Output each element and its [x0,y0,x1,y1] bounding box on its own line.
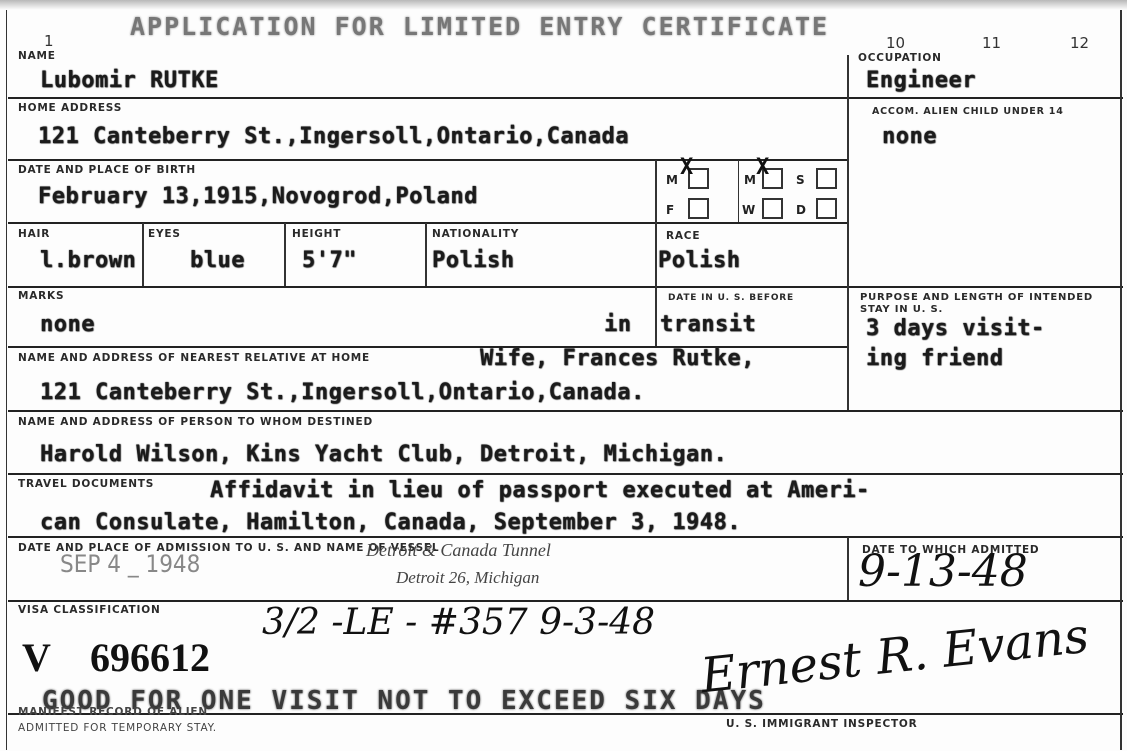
nearest-relative-line2: 121 Canteberry St.,Ingersoll,Ontario,Can… [40,380,645,405]
rule [8,286,1123,288]
marks-value: none [40,312,95,337]
name-label: NAME [18,50,56,62]
hair-value: l.brown [40,248,136,273]
rule [6,10,7,750]
eyes-value: blue [190,248,245,273]
rule [142,223,144,286]
destined-label: NAME AND ADDRESS OF PERSON TO WHOM DESTI… [18,416,373,428]
rule [284,223,286,286]
marks-label: MARKS [18,290,64,302]
marital-x-mark: X [756,155,769,180]
inspector-label: U. S. IMMIGRANT INSPECTOR [726,718,918,730]
purpose-label: PURPOSE AND LENGTH OF INTENDED STAY IN U… [860,292,1110,316]
eyes-label: EYES [148,228,181,240]
column-number: 11 [982,34,1001,52]
rule [8,410,1123,412]
occupation-label: OCCUPATION [858,52,942,64]
nearest-relative-label: NAME AND ADDRESS OF NEAREST RELATIVE AT … [18,352,370,364]
rule [8,97,1123,99]
date-admitted-to-value: 9-13-48 [858,546,1028,597]
race-label: RACE [666,230,700,242]
accom-child-value: none [882,124,937,149]
height-label: HEIGHT [292,228,341,240]
travel-documents-line1: Affidavit in lieu of passport executed a… [210,478,870,503]
name-value: Lubomir RUTKE [40,68,219,93]
marital-d-label: D [796,203,806,217]
visa-prefix: V [22,634,51,681]
nearest-relative-line1: Wife, Frances Rutke, [480,346,755,371]
admission-place-line2: Detroit 26, Michigan [396,568,539,588]
marital-d-checkbox[interactable] [816,198,837,219]
sex-x-mark: X [680,155,693,180]
date-in-us-value: transit [660,312,756,337]
rule [655,160,657,346]
sex-f-checkbox[interactable] [688,198,709,219]
marital-s-checkbox[interactable] [816,168,837,189]
marital-w-label: W [742,203,755,217]
marital-m-label: M [744,173,756,187]
home-address-label: HOME ADDRESS [18,102,122,114]
admission-place-line1: Detroit & Canada Tunnel [366,540,551,561]
marital-w-checkbox[interactable] [762,198,783,219]
purpose-line1: 3 days visit- [866,316,1045,341]
birth-value: February 13,1915,Novogrod,Poland [38,184,478,209]
rule [8,536,1123,538]
column-number: 12 [1070,34,1089,52]
rule [8,159,848,161]
date-in-us-prefix: in [604,312,632,337]
sex-m-label: M [666,173,678,187]
rule [847,537,849,600]
race-value: Polish [658,248,740,273]
nationality-label: NATIONALITY [432,228,519,240]
rule [1120,10,1122,750]
rule [425,223,427,286]
rule [738,160,739,222]
column-number: 1 [44,32,54,50]
destined-value: Harold Wilson, Kins Yacht Club, Detroit,… [40,442,727,467]
column-number: 10 [886,34,905,52]
birth-label: DATE AND PLACE OF BIRTH [18,164,196,176]
visa-number: 696612 [90,634,210,681]
visa-label: VISA CLASSIFICATION [18,604,161,616]
visa-handwritten: 3/2 -LE - #357 9-3-48 [262,602,655,643]
inspector-signature: Ernest R. Evans [698,608,1091,704]
date-in-us-label: DATE IN U. S. BEFORE [668,293,794,303]
travel-documents-label: TRAVEL DOCUMENTS [18,478,154,490]
marital-s-label: S [796,173,805,187]
rule [847,55,849,410]
purpose-line2: ing friend [866,346,1003,371]
entry-certificate-card: APPLICATION FOR LIMITED ENTRY CERTIFICAT… [0,0,1127,751]
accom-child-label: ACCOM. ALIEN CHILD UNDER 14 [872,106,1064,117]
nationality-value: Polish [432,248,514,273]
occupation-value: Engineer [866,68,976,93]
home-address-value: 121 Canteberry St.,Ingersoll,Ontario,Can… [38,124,629,149]
height-value: 5'7" [302,248,357,273]
admission-date-stamp: SEP 4 _ 1948 [60,550,200,578]
travel-documents-line2: can Consulate, Hamilton, Canada, Septemb… [40,510,741,535]
sex-f-label: F [666,203,674,217]
rule [8,222,848,224]
hair-label: HAIR [18,228,50,240]
rule [8,473,1123,475]
document-title: APPLICATION FOR LIMITED ENTRY CERTIFICAT… [130,12,829,41]
manifest-line1: MANIFEST RECORD OF ALIEN [18,706,208,718]
scan-edge [0,0,1127,10]
manifest-line2: ADMITTED FOR TEMPORARY STAY. [18,722,217,734]
